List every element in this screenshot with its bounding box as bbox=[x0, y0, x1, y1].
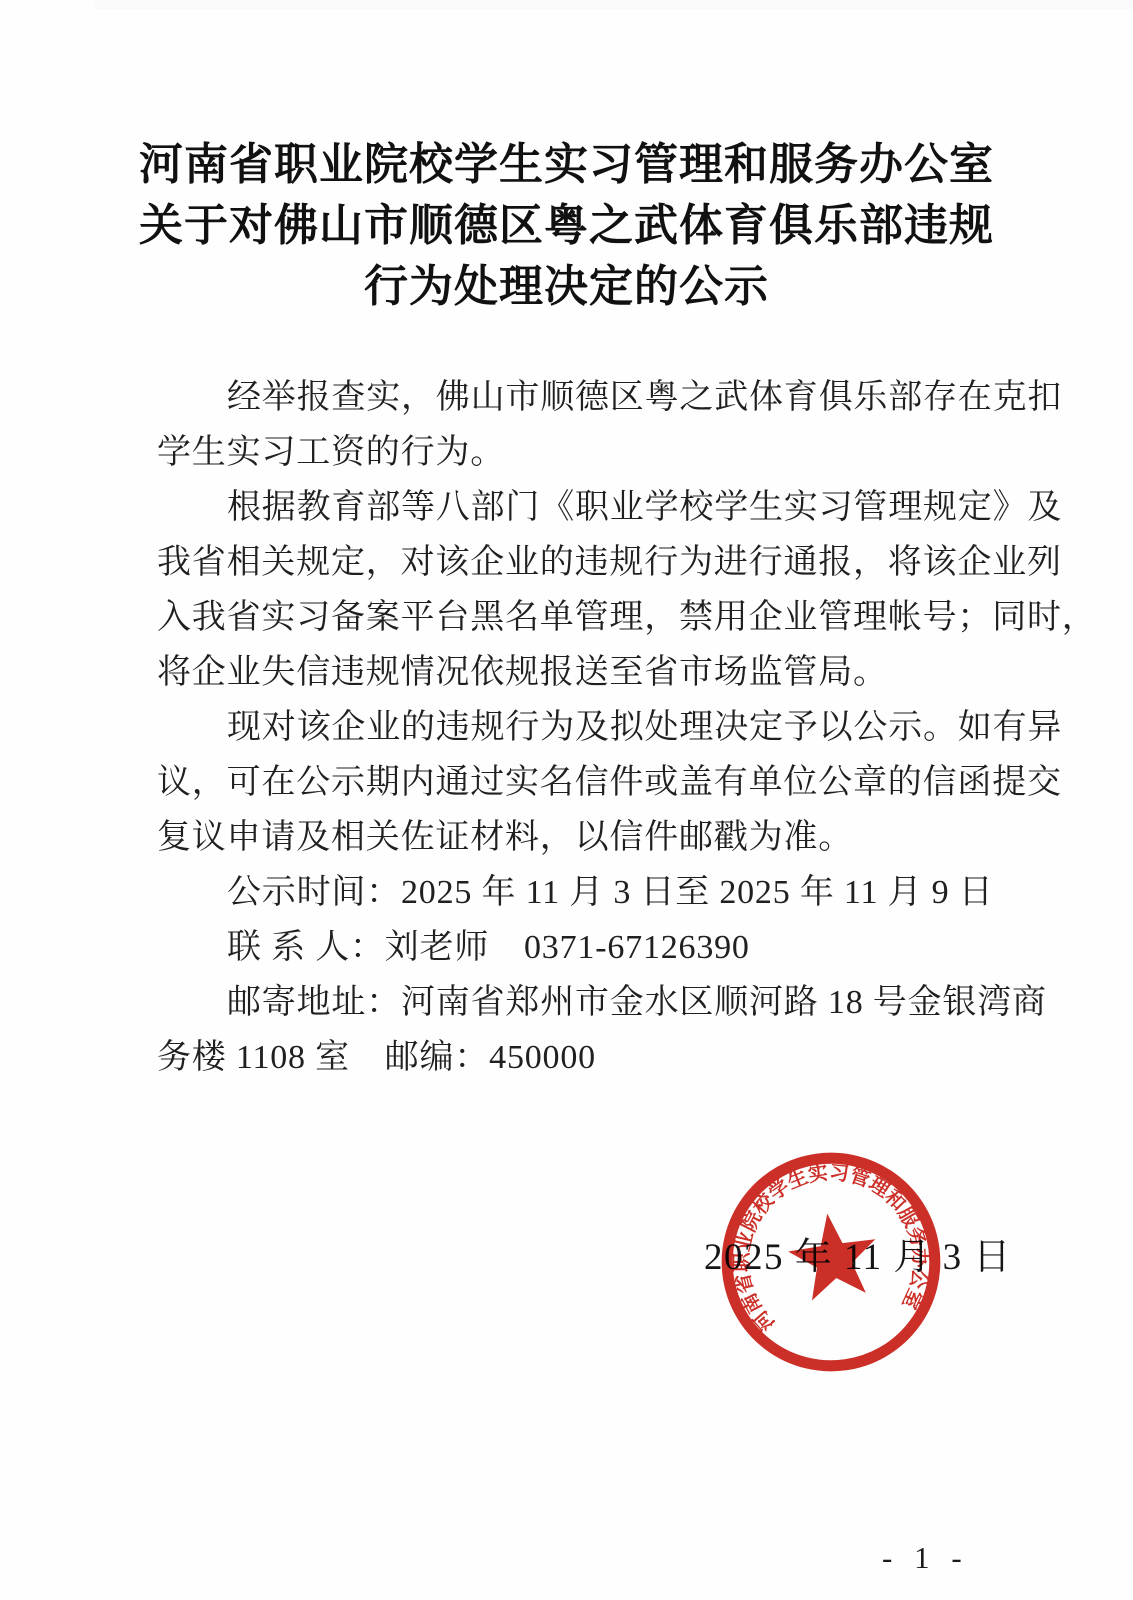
scanned-notice-page: { "title": { "lines": [ "河南省职业院校学生实习管理和服… bbox=[0, 0, 1133, 1600]
body-line: 现对该企业的违规行为及拟处理决定予以公示。如有异 bbox=[157, 700, 993, 755]
scan-edge-shadow bbox=[95, 0, 1133, 9]
body-line: 入我省实习备案平台黑名单管理，禁用企业管理帐号；同时， bbox=[157, 590, 993, 645]
title-line-3: 行为处理决定的公示 bbox=[0, 256, 1133, 317]
title-line-1: 河南省职业院校学生实习管理和服务办公室 bbox=[0, 134, 1133, 195]
mailing-address-line: 邮寄地址：河南省郑州市金水区顺河路 18 号金银湾商 bbox=[157, 975, 993, 1030]
body-line: 经举报查实，佛山市顺德区粤之武体育俱乐部存在克扣 bbox=[157, 370, 993, 425]
body-line: 将企业失信违规情况依规报送至省市场监管局。 bbox=[157, 645, 993, 700]
contact-line: 联 系 人：刘老师 0371-67126390 bbox=[157, 920, 993, 975]
body-line: 我省相关规定，对该企业的违规行为进行通报，将该企业列 bbox=[157, 535, 993, 590]
page-number: - 1 - bbox=[882, 1540, 969, 1576]
notice-body: 经举报查实，佛山市顺德区粤之武体育俱乐部存在克扣 学生实习工资的行为。 根据教育… bbox=[157, 370, 993, 1085]
body-line: 根据教育部等八部门《职业学校学生实习管理规定》及 bbox=[157, 480, 993, 535]
official-seal: 河南省职业院校学生实习管理和服务办公室 bbox=[683, 1114, 979, 1410]
title-line-2: 关于对佛山市顺德区粤之武体育俱乐部违规 bbox=[0, 195, 1133, 256]
postcode-line: 务楼 1108 室 邮编：450000 bbox=[157, 1030, 993, 1085]
notice-title: 河南省职业院校学生实习管理和服务办公室 关于对佛山市顺德区粤之武体育俱乐部违规 … bbox=[0, 134, 1133, 317]
body-line: 议，可在公示期内通过实名信件或盖有单位公章的信函提交 bbox=[157, 755, 993, 810]
body-line: 学生实习工资的行为。 bbox=[157, 425, 993, 480]
star-icon bbox=[784, 1208, 883, 1303]
notice-period-line: 公示时间：2025 年 11 月 3 日至 2025 年 11 月 9 日 bbox=[157, 865, 993, 920]
body-line: 复议申请及相关佐证材料，以信件邮戳为准。 bbox=[157, 810, 993, 865]
